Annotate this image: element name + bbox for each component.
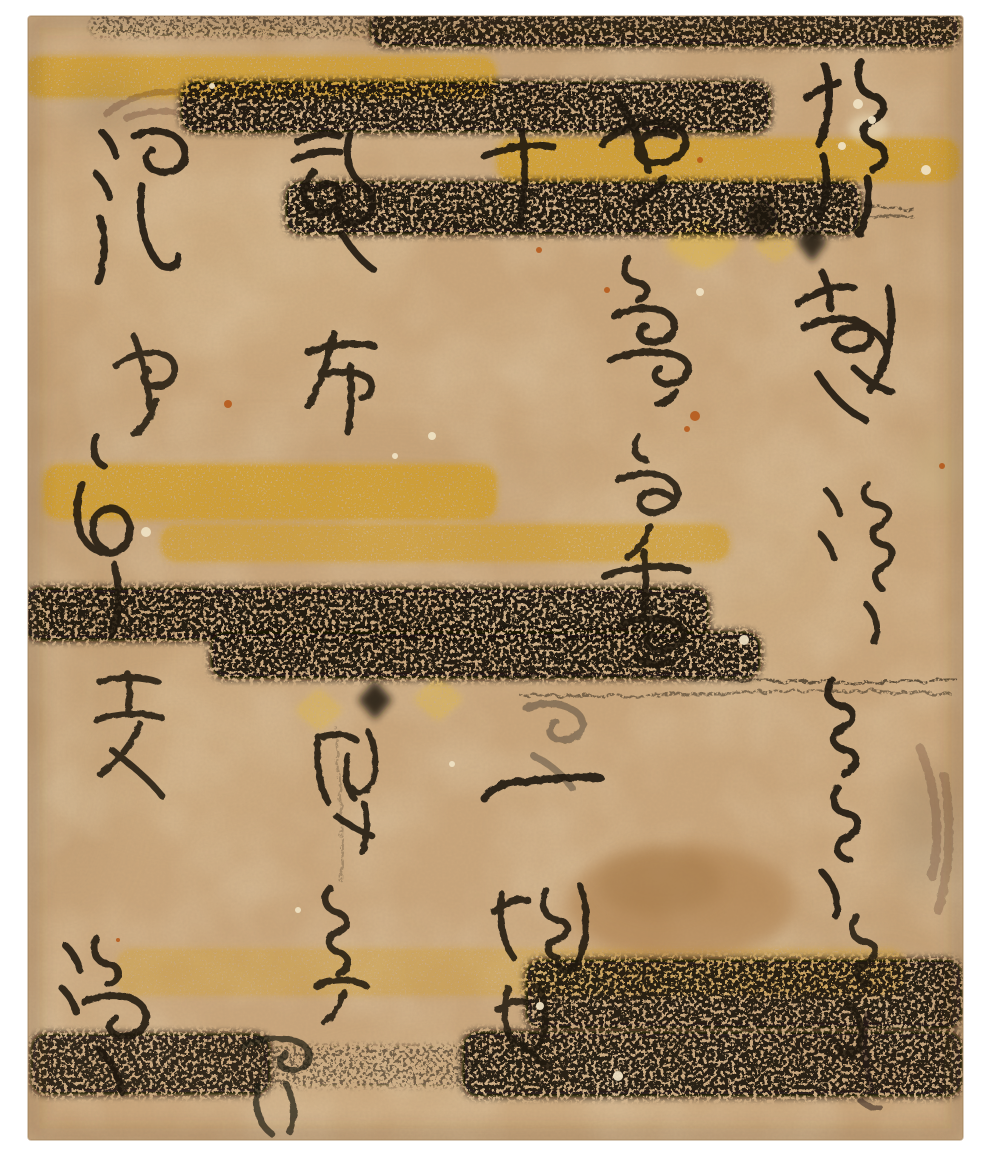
paper-void-fleck xyxy=(209,83,215,89)
ink-speckle-band xyxy=(33,1036,268,1092)
scan-background xyxy=(0,0,987,1164)
rust-spot xyxy=(224,400,232,408)
paper-void-fleck xyxy=(428,432,436,440)
paper-void-fleck xyxy=(449,761,455,767)
rust-spot xyxy=(684,426,690,432)
paper-void-fleck xyxy=(853,99,863,109)
paper-void-fleck xyxy=(141,527,151,537)
rust-spot xyxy=(604,287,610,293)
rust-spot xyxy=(536,247,542,253)
ink-speckle-band xyxy=(183,84,768,130)
paper-void-fleck xyxy=(868,116,876,124)
rust-spot xyxy=(690,411,700,421)
paper-void-fleck xyxy=(838,142,846,150)
stain xyxy=(598,848,722,916)
ink-speckle-band xyxy=(262,1048,477,1084)
paper-void-fleck xyxy=(921,165,931,175)
paper-void-fleck xyxy=(696,288,704,296)
paper-void-fleck xyxy=(392,453,398,459)
gold-band xyxy=(498,140,958,180)
rust-spot xyxy=(939,463,945,469)
rust-spot xyxy=(116,938,120,942)
ink-speckle-band xyxy=(26,590,706,638)
paper-void-fleck xyxy=(295,907,301,913)
scratch-line xyxy=(845,216,912,218)
ink-speckle-band xyxy=(213,634,758,676)
paper-void-fleck xyxy=(739,635,749,645)
ink-speckle-band xyxy=(528,962,960,1026)
rust-spot xyxy=(697,157,703,163)
paper-void-fleck xyxy=(613,1071,623,1081)
paper-void-fleck xyxy=(536,1002,544,1010)
stain xyxy=(64,82,148,134)
paper-clip-group xyxy=(0,12,987,1150)
artwork-canvas xyxy=(0,0,987,1164)
